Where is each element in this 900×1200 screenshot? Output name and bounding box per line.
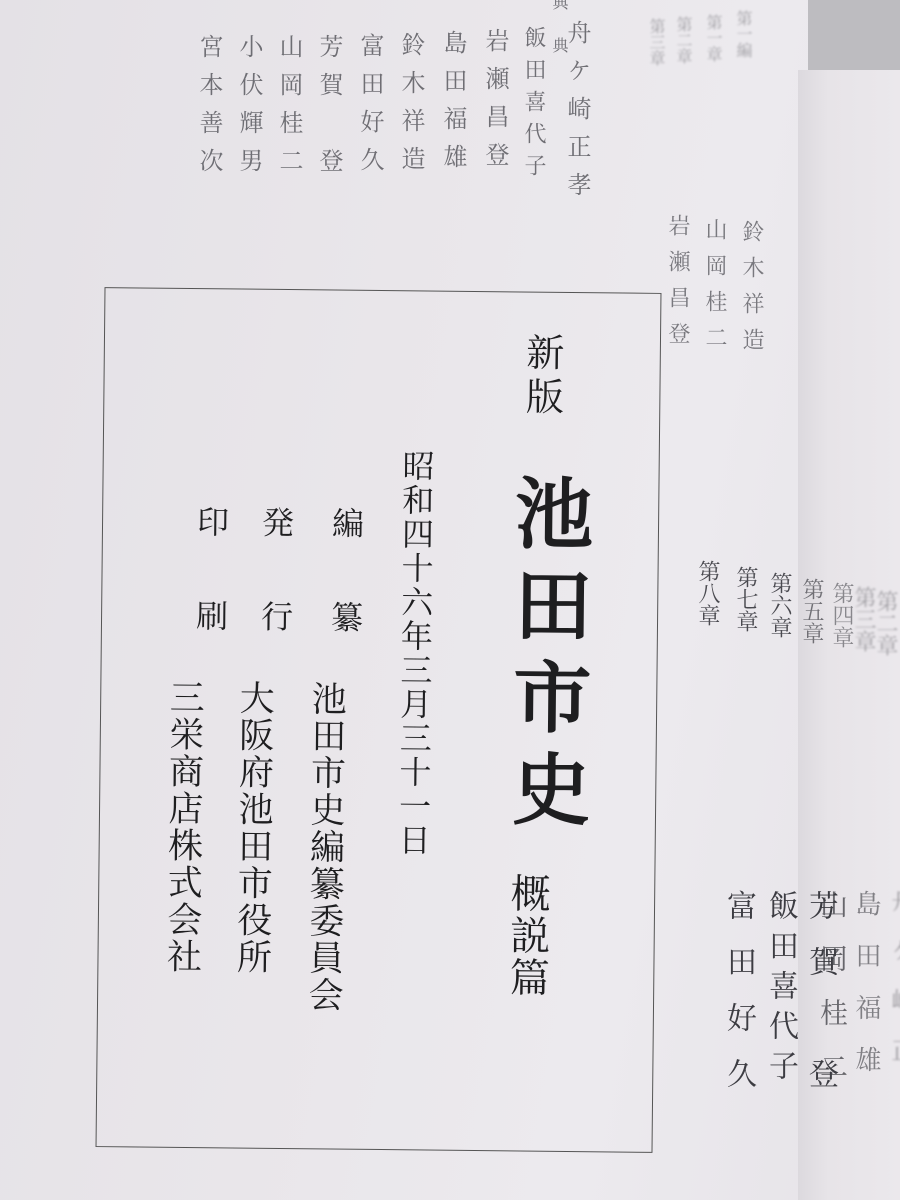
- chapter-heading: 第七章: [730, 566, 761, 632]
- book-title: 池田市史: [488, 472, 604, 841]
- page-shadow: [808, 0, 900, 80]
- chapter-heading: 第一章: [702, 14, 725, 62]
- name-column: 島田福雄: [436, 30, 471, 182]
- book-subtitle: 概説篇: [498, 872, 556, 999]
- name-column: 鈴木祥造: [736, 220, 767, 364]
- chapter-heading: 第四章: [826, 582, 857, 648]
- name-column: 岩瀬昌登: [478, 28, 513, 180]
- chapter-heading: 第二章: [672, 16, 695, 64]
- chapter-heading: 第六章: [764, 572, 795, 638]
- printer-label: 印刷: [186, 505, 234, 693]
- chapter-heading: 第八章: [692, 560, 723, 626]
- name-column: 富田好久: [353, 33, 388, 185]
- name-column: 飯田喜代子: [518, 26, 549, 186]
- name-column: 芳賀 登: [312, 34, 347, 186]
- name-column: 山岡桂二: [699, 218, 730, 362]
- name-column: 宮本善次: [192, 34, 227, 186]
- name-column: 飯田喜代子: [758, 890, 802, 1090]
- name-column: 舟ケ崎正孝: [560, 20, 595, 210]
- chapter-heading: 第一編: [732, 10, 755, 58]
- editor-name: 池田市史編纂委員会: [298, 680, 351, 1014]
- publisher-name: 大阪府池田市役所: [226, 679, 279, 976]
- colophon-box: 新版 池田市史 概説篇 昭和四十六年三月三十一日 編纂 発行 印刷 池田市史編纂…: [96, 287, 662, 1153]
- editor-label: 編纂: [321, 506, 369, 694]
- name-column: 富田好久: [716, 890, 760, 1114]
- name-column: 舟ケ崎正: [884, 888, 900, 1088]
- chapter-heading: 第五章: [796, 578, 827, 644]
- name-column: 島田福雄: [848, 890, 885, 1098]
- name-column: 岩瀬昌登: [662, 214, 693, 358]
- printer-name: 三栄商店株式会社: [156, 679, 209, 976]
- name-column: 芳賀 登: [798, 890, 842, 1114]
- name-column: 鈴木祥造: [394, 32, 429, 184]
- chapter-heading: 第三章: [645, 18, 668, 66]
- name-column: 山岡桂二: [272, 34, 307, 186]
- name-column: 小伏輝男: [232, 34, 267, 186]
- publication-date: 昭和四十六年三月三十一日: [390, 449, 440, 857]
- publisher-label: 発行: [251, 506, 299, 694]
- edition-label: 新版: [514, 332, 570, 421]
